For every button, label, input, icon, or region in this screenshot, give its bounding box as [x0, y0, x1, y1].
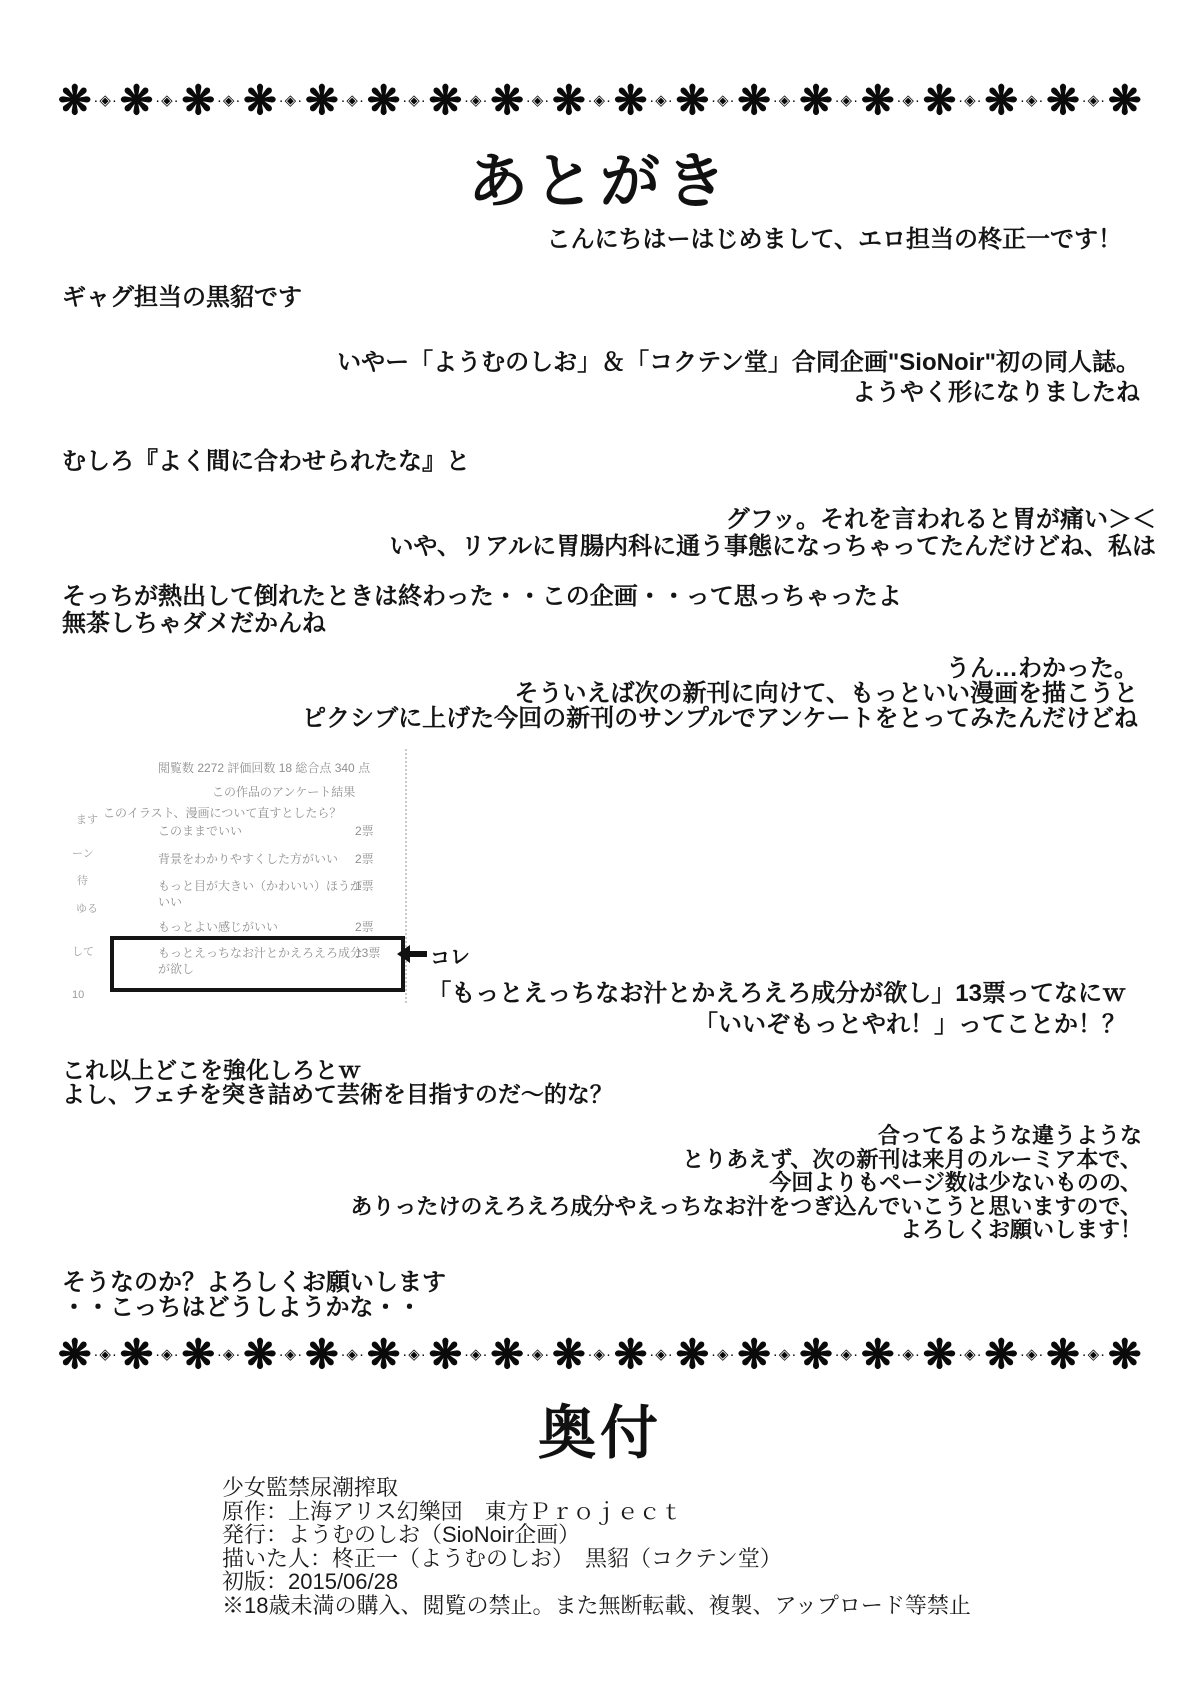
dialogue-line: 合ってるような違うような [350, 1124, 1142, 1148]
dialogue-line: ピクシブに上げた今回の新刊のサンプルでアンケートをとってみたんだけどね [302, 706, 1138, 731]
diamond-separator-icon: ·◈· [402, 1330, 427, 1380]
poll-option-votes: 1票 [355, 879, 374, 893]
flower-star-icon: ❋ [243, 1330, 277, 1380]
diamond-separator-icon: ·◈· [279, 76, 304, 126]
poll-result-label: この作品のアンケート結果 [212, 785, 355, 799]
diamond-separator-icon: ·◈· [1020, 1330, 1045, 1380]
poll-screenshot: 閲覧数 2272 評価回数 18 総合点 340 点 この作品のアンケート結果 … [70, 753, 540, 1009]
dialogue-line: これ以上どこを強化しろとｗ [62, 1058, 613, 1082]
flower-star-icon: ❋ [305, 76, 339, 126]
colophon-line: 初版：2015/06/28 [222, 1570, 971, 1594]
poll-margin-fragment: ゆる [76, 900, 98, 916]
flower-star-icon: ❋ [984, 76, 1018, 126]
flower-star-icon: ❋ [243, 76, 277, 126]
flower-star-icon: ❋ [923, 76, 957, 126]
flower-star-icon: ❋ [58, 1330, 92, 1380]
diamond-separator-icon: ·◈· [588, 1330, 613, 1380]
diamond-separator-icon: ·◈· [93, 76, 118, 126]
dialogue-line: そういえば次の新刊に向けて、もっといい漫画を描こうと [302, 681, 1138, 706]
diamond-separator-icon: ·◈· [773, 1330, 798, 1380]
flower-star-icon: ❋ [305, 1330, 339, 1380]
dialogue-block-2: いやー「ようむのしお」＆「コクテン堂」合同企画"SioNoir"初の同人誌。 よ… [337, 348, 1140, 408]
dialogue-line: よろしくお願いします！ [350, 1218, 1142, 1242]
flower-star-icon: ❋ [120, 76, 154, 126]
left-arrow-icon [397, 945, 427, 963]
dialogue-line: ・・こっちはどうしようかな・・ [62, 1295, 446, 1320]
deco-border: ❋·◈·❋·◈·❋·◈·❋·◈·❋·◈·❋·◈·❋·◈·❋·◈·❋·◈·❋·◈·… [58, 76, 1142, 126]
dialogue-line: いやー「ようむのしお」＆「コクテン堂」合同企画"SioNoir"初の同人誌。 [337, 348, 1140, 378]
diamond-separator-icon: ·◈· [649, 76, 674, 126]
flower-star-icon: ❋ [490, 1330, 524, 1380]
dialogue-block-8: これ以上どこを強化しろとｗ よし、フェチを突き詰めて芸術を目指すのだ～的な？ [62, 1058, 613, 1106]
dialogue-block-6: うん…わかった。 そういえば次の新刊に向けて、もっといい漫画を描こうと ピクシブ… [302, 656, 1138, 731]
diamond-separator-icon: ·◈· [526, 76, 551, 126]
diamond-separator-icon: ·◈· [649, 1330, 674, 1380]
dialogue-line: こんにちはーはじめまして、エロ担当の柊正一です！ [546, 226, 1122, 253]
diamond-separator-icon: ·◈· [958, 76, 983, 126]
diamond-separator-icon: ·◈· [402, 76, 427, 126]
poll-stats: 閲覧数 2272 評価回数 18 総合点 340 点 [158, 761, 370, 775]
diamond-separator-icon: ·◈· [958, 1330, 983, 1380]
flower-star-icon: ❋ [1046, 76, 1080, 126]
diamond-separator-icon: ·◈· [93, 1330, 118, 1380]
poll-margin-fragment: 待 [77, 872, 88, 888]
colophon-title: 奥付 [0, 1386, 1200, 1470]
poll-option-label: もっと目が大きい（かわいい）ほうが [158, 879, 362, 893]
afterword-title: あとがき [0, 134, 1200, 220]
flower-star-icon: ❋ [182, 1330, 216, 1380]
flower-star-icon: ❋ [552, 1330, 586, 1380]
flower-star-icon: ❋ [182, 76, 216, 126]
diamond-separator-icon: ·◈· [1020, 76, 1045, 126]
poll-margin-fragment: ーン [72, 845, 94, 861]
dialogue-block-7: 「もっとえっちなお汁とかえろえろ成分が欲し」13票ってなにｗ 「いいぞもっとやれ… [427, 978, 1126, 1040]
diamond-separator-icon: ·◈· [217, 1330, 242, 1380]
flower-star-icon: ❋ [1108, 76, 1142, 126]
dialogue-line: 「もっとえっちなお汁とかえろえろ成分が欲し」13票ってなにｗ [427, 978, 1126, 1009]
dialogue-block-0: こんにちはーはじめまして、エロ担当の柊正一です！ [546, 226, 1122, 253]
dialogue-line: そっちが熱出して倒れたときは終わった・・この企画・・って思っちゃったよ [62, 583, 902, 610]
colophon-block: 少女監禁尿潮搾取 原作：上海アリス幻樂団 東方Ｐｒｏｊｅｃｔ 発行：ようむのしお… [222, 1476, 971, 1618]
kore-callout: コレ [429, 940, 471, 972]
flower-star-icon: ❋ [429, 1330, 463, 1380]
flower-star-icon: ❋ [120, 1330, 154, 1380]
dialogue-line: そうなのか？よろしくお願いします [62, 1270, 446, 1295]
poll-option-label: 背景をわかりやすくした方がいい [158, 852, 338, 866]
flower-star-icon: ❋ [490, 76, 524, 126]
diamond-separator-icon: ·◈· [340, 76, 365, 126]
dialogue-block-1: ギャグ担当の黒貂です [62, 284, 302, 311]
dialogue-block-10: そうなのか？よろしくお願いします ・・こっちはどうしようかな・・ [62, 1270, 446, 1320]
poll-margin-fragment: して [72, 943, 94, 959]
deco-border: ❋·◈·❋·◈·❋·◈·❋·◈·❋·◈·❋·◈·❋·◈·❋·◈·❋·◈·❋·◈·… [58, 1330, 1142, 1380]
dialogue-line: うん…わかった。 [302, 656, 1138, 681]
diamond-separator-icon: ·◈· [835, 76, 860, 126]
diamond-separator-icon: ·◈· [526, 1330, 551, 1380]
flower-star-icon: ❋ [552, 76, 586, 126]
dialogue-line: ようやく形になりましたね [337, 378, 1140, 408]
dialogue-line: むしろ『よく間に合わせられたな』と [62, 448, 470, 475]
colophon-line: 描いた人：柊正一（ようむのしお） 黒貂（コクテン堂） [222, 1547, 971, 1571]
dialogue-line: ギャグ担当の黒貂です [62, 284, 302, 311]
diamond-separator-icon: ·◈· [155, 76, 180, 126]
poll-option-label: このままでいい [158, 824, 242, 838]
poll-option-votes: 2票 [355, 852, 374, 866]
dialogue-line: いや、リアルに胃腸内科に通う事態になっちゃってたんだけどね、私は [389, 533, 1156, 560]
dialogue-line: 「いいぞもっとやれ！」ってことか！？ [427, 1009, 1126, 1040]
diamond-separator-icon: ·◈· [1082, 76, 1107, 126]
flower-star-icon: ❋ [861, 76, 895, 126]
diamond-separator-icon: ·◈· [1082, 1330, 1107, 1380]
diamond-separator-icon: ·◈· [464, 76, 489, 126]
poll-margin-fragment: 10 [72, 989, 84, 1001]
diamond-separator-icon: ·◈· [711, 76, 736, 126]
diamond-separator-icon: ·◈· [896, 76, 921, 126]
dialogue-line: よし、フェチを突き詰めて芸術を目指すのだ～的な？ [62, 1082, 613, 1106]
poll-margin-fragment: ます [76, 811, 98, 827]
colophon-line: 少女監禁尿潮搾取 [222, 1476, 971, 1500]
flower-star-icon: ❋ [429, 76, 463, 126]
diamond-separator-icon: ·◈· [155, 1330, 180, 1380]
afterword-page: ❋·◈·❋·◈·❋·◈·❋·◈·❋·◈·❋·◈·❋·◈·❋·◈·❋·◈·❋·◈·… [0, 0, 1200, 1694]
flower-star-icon: ❋ [737, 76, 771, 126]
dialogue-block-5: そっちが熱出して倒れたときは終わった・・この企画・・って思っちゃったよ 無茶しち… [62, 583, 902, 637]
colophon-line: ※18歳未満の購入、閲覧の禁止。また無断転載、複製、アップロード等禁止 [222, 1594, 971, 1618]
flower-star-icon: ❋ [737, 1330, 771, 1380]
colophon-line: 原作：上海アリス幻樂団 東方Ｐｒｏｊｅｃｔ [222, 1500, 971, 1524]
diamond-separator-icon: ·◈· [773, 76, 798, 126]
flower-star-icon: ❋ [367, 1330, 401, 1380]
poll-border-dotted-line [405, 749, 407, 1003]
flower-star-icon: ❋ [676, 1330, 710, 1380]
diamond-separator-icon: ·◈· [340, 1330, 365, 1380]
diamond-separator-icon: ·◈· [464, 1330, 489, 1380]
flower-star-icon: ❋ [58, 76, 92, 126]
colophon-line: 発行：ようむのしお（SioNoir企画） [222, 1523, 971, 1547]
dialogue-block-3: むしろ『よく間に合わせられたな』と [62, 448, 470, 475]
dialogue-line: ありったけのえろえろ成分やえっちなお汁をつぎ込んでいこうと思いますので、 [350, 1195, 1142, 1219]
diamond-separator-icon: ·◈· [711, 1330, 736, 1380]
flower-star-icon: ❋ [1046, 1330, 1080, 1380]
poll-option-label: もっとよい感じがいい [158, 920, 278, 934]
diamond-separator-icon: ·◈· [588, 76, 613, 126]
dialogue-line: グフッ。それを言われると胃が痛い＞＜ [389, 506, 1156, 533]
flower-star-icon: ❋ [861, 1330, 895, 1380]
flower-star-icon: ❋ [676, 76, 710, 126]
dialogue-block-4: グフッ。それを言われると胃が痛い＞＜ いや、リアルに胃腸内科に通う事態になっちゃ… [389, 506, 1156, 560]
highlight-box [110, 936, 405, 992]
dialogue-line: とりあえず、次の新刊は来月のルーミア本で、 [350, 1148, 1142, 1172]
diamond-separator-icon: ·◈· [896, 1330, 921, 1380]
flower-star-icon: ❋ [614, 76, 648, 126]
poll-option-votes: 2票 [355, 920, 374, 934]
diamond-separator-icon: ·◈· [279, 1330, 304, 1380]
flower-star-icon: ❋ [923, 1330, 957, 1380]
flower-star-icon: ❋ [1108, 1330, 1142, 1380]
flower-star-icon: ❋ [367, 76, 401, 126]
poll-option-votes: 2票 [355, 824, 374, 838]
dialogue-line: 今回よりもページ数は少ないものの、 [350, 1171, 1142, 1195]
flower-star-icon: ❋ [984, 1330, 1018, 1380]
dialogue-block-9: 合ってるような違うような とりあえず、次の新刊は来月のルーミア本で、 今回よりも… [350, 1124, 1142, 1242]
flower-star-icon: ❋ [799, 1330, 833, 1380]
flower-star-icon: ❋ [614, 1330, 648, 1380]
flower-star-icon: ❋ [799, 76, 833, 126]
diamond-separator-icon: ·◈· [835, 1330, 860, 1380]
dialogue-line: 無茶しちゃダメだかんね [62, 610, 902, 637]
poll-option-label: いい [158, 895, 182, 909]
diamond-separator-icon: ·◈· [217, 76, 242, 126]
poll-question: このイラスト、漫画について直すとしたら？ [103, 806, 341, 820]
